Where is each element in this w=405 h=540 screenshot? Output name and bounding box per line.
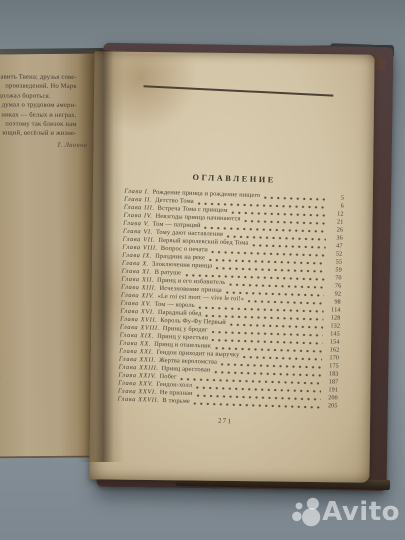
text-line: произведений. Но Марк — [0, 81, 77, 91]
chapter-label: Глава IX. — [122, 252, 152, 260]
chapter-label: Глава XIV. — [121, 292, 155, 300]
chapter-label: Глава XIX. — [120, 332, 155, 340]
chapter-title: Не признан — [160, 389, 193, 397]
chapter-label: Глава XVI. — [120, 308, 155, 316]
chapter-label: Глава XXIV. — [118, 372, 156, 380]
chapter-page-number: 175 — [325, 362, 339, 369]
chapter-page-number: 114 — [327, 306, 341, 313]
chapter-label: Глава X. — [122, 260, 149, 268]
chapter-label: Глава VI. — [123, 228, 153, 236]
text-line: поэтому так близок нам — [0, 119, 77, 129]
chapter-page-number: 36 — [329, 234, 343, 241]
chapter-label: Глава V. — [123, 220, 150, 228]
chapter-page-number: 205 — [323, 402, 337, 409]
author-signature: Т. Ланина — [57, 142, 87, 149]
chapter-page-number: 183 — [324, 370, 338, 377]
chapter-label: Глава I. — [124, 188, 150, 196]
chapter-title: Том — король — [154, 301, 195, 309]
chapter-page-number: 98 — [327, 298, 341, 305]
chapter-label: Глава XV. — [121, 300, 152, 308]
chapter-title: Детство Тома — [155, 197, 194, 205]
chapter-label: Глава XXII. — [119, 356, 156, 364]
text-line: никах — белых и неграх. — [0, 110, 77, 120]
chapter-page-number: 52 — [328, 250, 342, 257]
chapter-label: Глава XXV. — [118, 380, 154, 388]
avito-watermark: Avito — [286, 492, 400, 532]
chapter-page-number: 47 — [329, 242, 343, 249]
chapter-label: Глава II. — [124, 196, 152, 204]
chapter-page-number: 170 — [325, 354, 339, 361]
chapter-label: Глава XX. — [119, 340, 151, 348]
chapter-label: Глава III. — [124, 204, 155, 212]
chapter-label: Глава XIII. — [121, 284, 157, 292]
left-page-text: равить Твена; друзья сове-произведений. … — [0, 72, 77, 139]
folio-page-number: 271 — [113, 413, 337, 428]
chapter-page-number: 92 — [327, 290, 341, 297]
chapter-page-number: 132 — [326, 322, 340, 329]
chapter-title: В ратуше — [155, 269, 182, 277]
chapter-title: Принц у бродяг — [163, 325, 208, 333]
chapter-page-number: 21 — [329, 218, 343, 225]
chapter-label: Глава VII. — [123, 236, 156, 244]
chapter-label: Глава XXIII. — [119, 364, 159, 372]
avito-logo-icon — [286, 493, 324, 531]
book-photo: { "photo": { "watermark_label": "Avito" … — [0, 0, 405, 540]
chapter-page-number: 76 — [327, 282, 341, 289]
chapter-title: Гендон-холл — [156, 381, 192, 389]
chapter-page-number: 59 — [328, 266, 342, 273]
chapter-page-number: 200 — [324, 394, 338, 401]
chapter-label: Глава XVIII. — [120, 324, 160, 332]
chapter-page-number: 145 — [326, 330, 340, 337]
chapter-page-number: 154 — [326, 338, 340, 345]
toc-heading: ОГЛАВЛЕНИЕ — [121, 171, 345, 187]
chapter-label: Глава VIII. — [122, 244, 158, 252]
chapter-page-number: 26 — [329, 226, 343, 233]
left-page: равить Твена; друзья сове-произведений. … — [0, 54, 100, 459]
text-line: думал о трудовом амери- — [0, 100, 77, 110]
toc-list: Глава I. Рождение принца и рождение нище… — [118, 188, 345, 411]
text-line: должал бороться. — [0, 91, 77, 101]
chapter-label: Глава XI. — [122, 268, 152, 276]
chapter-page-number: 191 — [324, 386, 338, 393]
chapter-label: Глава XXVI. — [118, 388, 157, 396]
chapter-title: Том — патриций — [152, 221, 200, 230]
chapter-label: Глава XII. — [121, 276, 154, 284]
chapter-title: Вопрос о печати — [161, 245, 208, 253]
chapter-label: Глава XVII. — [120, 316, 157, 324]
paper-stain — [104, 53, 197, 132]
dot-leader — [194, 402, 321, 409]
chapter-page-number: 187 — [324, 378, 338, 385]
chapter-page-number: 70 — [328, 274, 342, 281]
chapter-title: Парадный обед — [158, 309, 202, 317]
chapter-page-number: 5 — [330, 194, 344, 201]
chapter-title: В тюрьме — [162, 397, 190, 405]
chapter-label: Глава IV. — [123, 212, 152, 220]
chapter-page-number: 55 — [328, 258, 342, 265]
chapter-label: Глава XXVII. — [118, 396, 160, 404]
chapter-page-number: 162 — [325, 346, 339, 353]
chapter-page-number: 6 — [330, 202, 344, 209]
chapter-title: Побег — [159, 373, 176, 381]
chapter-page-number: 12 — [330, 210, 344, 217]
text-line: равить Твена; друзья сове- — [0, 72, 77, 82]
chapter-label: Глава XXI. — [119, 348, 154, 356]
avito-wordmark: Avito — [322, 499, 400, 525]
toc-page: ОГЛАВЛЕНИЕ Глава I. Рождение принца и ро… — [89, 51, 374, 482]
chapter-page-number: 128 — [326, 314, 340, 321]
text-line: ющий, весёлый и жизне- — [0, 128, 77, 138]
